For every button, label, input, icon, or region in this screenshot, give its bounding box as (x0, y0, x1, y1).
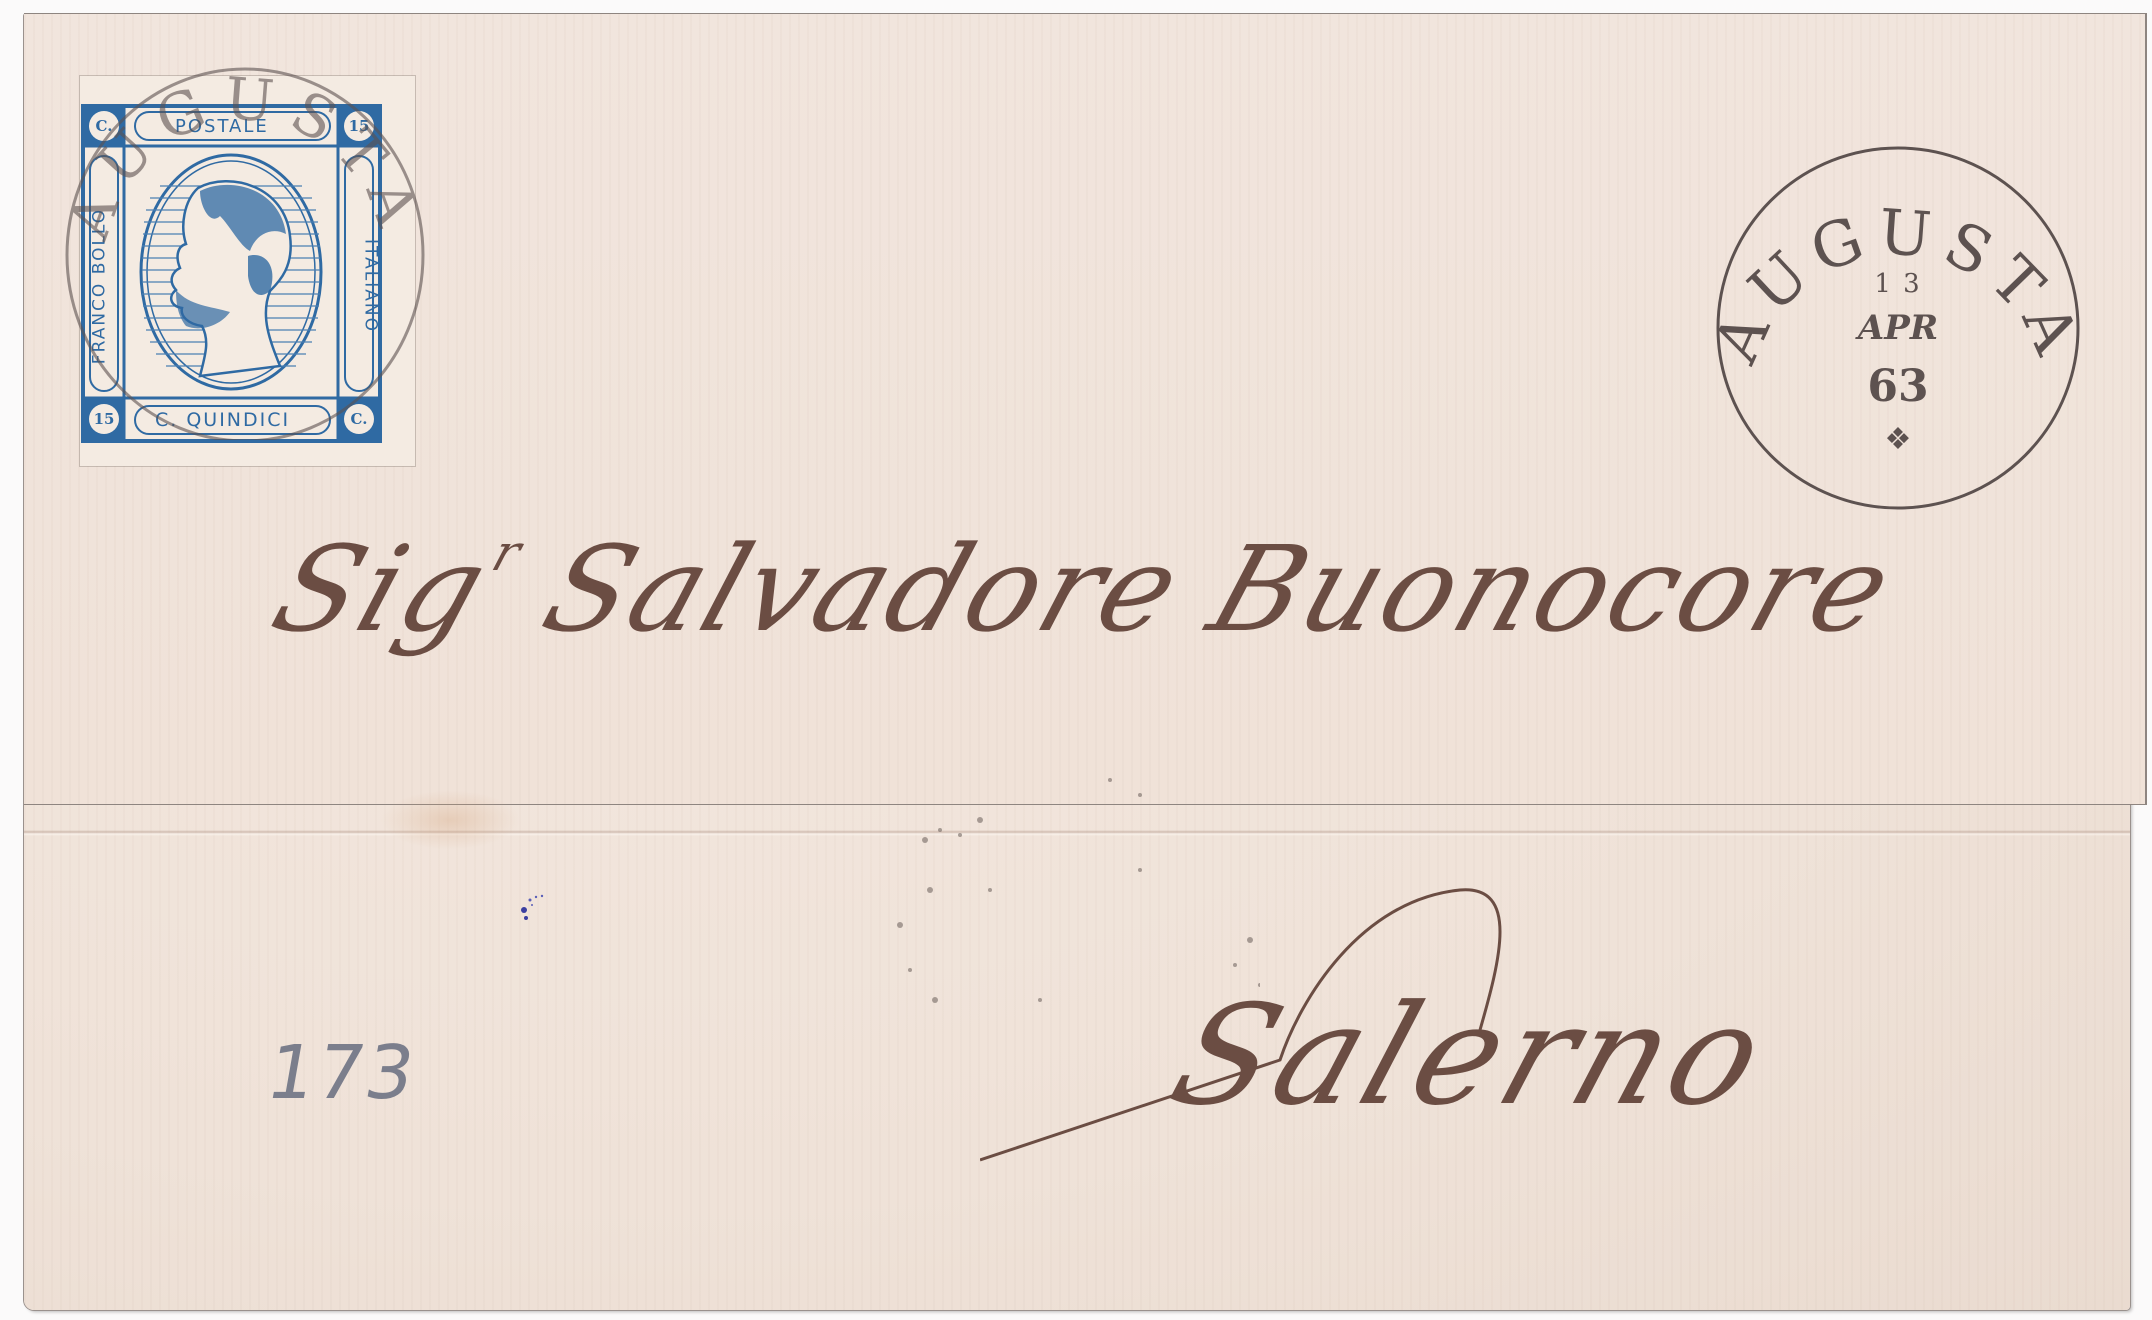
datestamp-day: 1 3 (1713, 271, 2083, 297)
datestamp-month: APR (1713, 311, 2083, 345)
blue-ink-mark (518, 888, 548, 928)
stamp-cancellation: AUGUSTA (60, 60, 440, 440)
svg-text:AUGUSTA: AUGUSTA (60, 64, 436, 248)
addressee-name: Salvadore Buonocore (528, 520, 1910, 658)
datestamp-year: 63 (1713, 365, 2083, 409)
addressee-title: Sig (258, 520, 506, 658)
stamp-cancel-town: AUGUSTA (60, 64, 436, 248)
foxing-stain (380, 790, 520, 850)
augusta-datestamp: AUGUSTA 1 3 APR 63 ❖ (1713, 143, 2083, 513)
destination-city: Salerno (1154, 975, 1789, 1136)
addressee-line: Sigr Salvadore Buonocore (258, 520, 1911, 658)
pencil-reference-number: 173 (260, 1030, 422, 1116)
datestamp-ornament-icon: ❖ (1713, 425, 2083, 455)
